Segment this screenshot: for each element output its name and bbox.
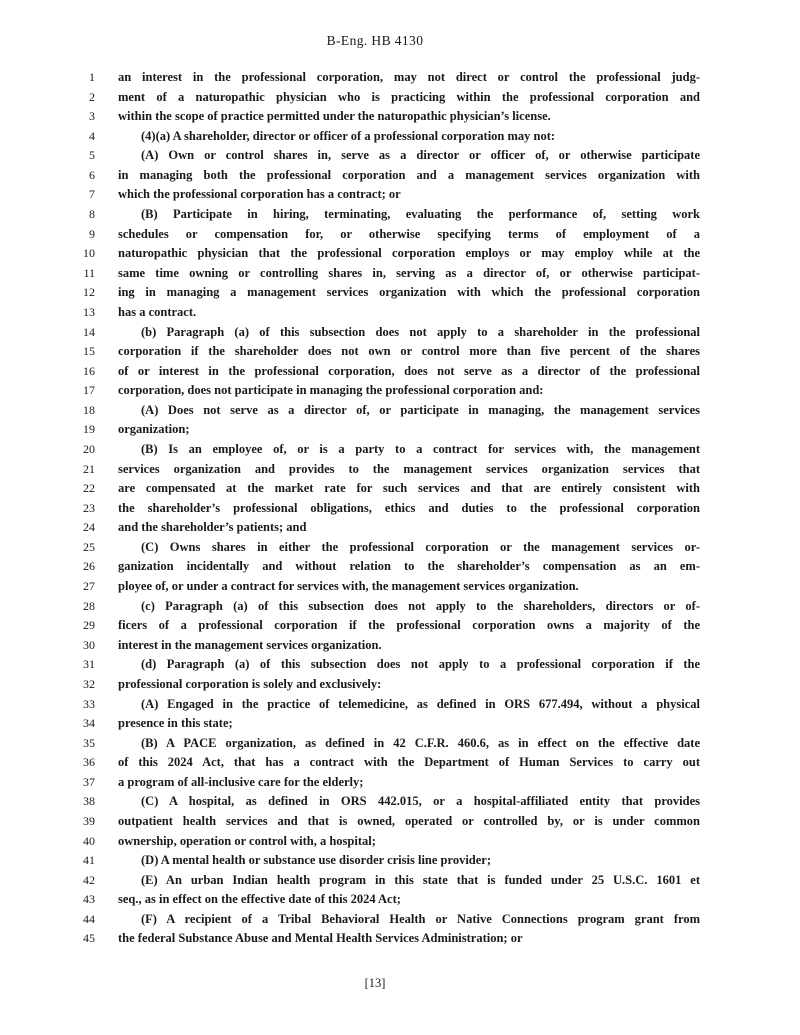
bill-line: 39 outpatient health services and that i… bbox=[0, 812, 800, 832]
line-text: schedules or compensation for, or otherw… bbox=[118, 225, 700, 245]
line-number: 45 bbox=[0, 929, 95, 949]
line-text: (B) A PACE organization, as defined in 4… bbox=[118, 734, 700, 754]
page-footer: [13] bbox=[0, 976, 750, 991]
line-number: 18 bbox=[0, 401, 95, 421]
line-number: 1 bbox=[0, 68, 95, 88]
line-text: has a contract. bbox=[118, 303, 700, 323]
line-number: 35 bbox=[0, 734, 95, 754]
line-number: 2 bbox=[0, 88, 95, 108]
bill-line: 8 (B) Participate in hiring, terminating… bbox=[0, 205, 800, 225]
bill-line: 21 services organization and provides to… bbox=[0, 460, 800, 480]
line-text: (C) Owns shares in either the profession… bbox=[118, 538, 700, 558]
bill-line: 10 naturopathic physician that the profe… bbox=[0, 244, 800, 264]
line-number: 17 bbox=[0, 381, 95, 401]
line-text: (A) Does not serve as a director of, or … bbox=[118, 401, 700, 421]
line-number: 8 bbox=[0, 205, 95, 225]
bill-line: 42 (E) An urban Indian health program in… bbox=[0, 871, 800, 891]
line-number: 44 bbox=[0, 910, 95, 930]
bill-line: 22 are compensated at the market rate fo… bbox=[0, 479, 800, 499]
line-number: 29 bbox=[0, 616, 95, 636]
bill-line: 17 corporation, does not participate in … bbox=[0, 381, 800, 401]
line-text: of this 2024 Act, that has a contract wi… bbox=[118, 753, 700, 773]
line-number: 7 bbox=[0, 185, 95, 205]
bill-line: 34 presence in this state; bbox=[0, 714, 800, 734]
line-number: 42 bbox=[0, 871, 95, 891]
bill-line: 41 (D) A mental health or substance use … bbox=[0, 851, 800, 871]
line-number: 24 bbox=[0, 518, 95, 538]
line-text: ownership, operation or control with, a … bbox=[118, 832, 700, 852]
line-number: 9 bbox=[0, 225, 95, 245]
bill-line: 6 in managing both the professional corp… bbox=[0, 166, 800, 186]
line-number: 13 bbox=[0, 303, 95, 323]
line-number: 31 bbox=[0, 655, 95, 675]
line-number: 30 bbox=[0, 636, 95, 656]
line-number: 27 bbox=[0, 577, 95, 597]
line-text: (C) A hospital, as defined in ORS 442.01… bbox=[118, 792, 700, 812]
bill-header: B-Eng. HB 4130 bbox=[0, 33, 750, 49]
line-text: corporation, does not participate in man… bbox=[118, 381, 700, 401]
bill-line: 45 the federal Substance Abuse and Menta… bbox=[0, 929, 800, 949]
line-number: 39 bbox=[0, 812, 95, 832]
bill-line: 14 (b) Paragraph (a) of this subsection … bbox=[0, 323, 800, 343]
bill-line: 12 ing in managing a management services… bbox=[0, 283, 800, 303]
line-number: 26 bbox=[0, 557, 95, 577]
bill-line: 16 of or interest in the professional co… bbox=[0, 362, 800, 382]
bill-line: 35 (B) A PACE organization, as defined i… bbox=[0, 734, 800, 754]
bill-line: 7 which the professional corporation has… bbox=[0, 185, 800, 205]
line-number: 11 bbox=[0, 264, 95, 284]
line-number: 16 bbox=[0, 362, 95, 382]
line-number: 38 bbox=[0, 792, 95, 812]
line-text: (d) Paragraph (a) of this subsection doe… bbox=[118, 655, 700, 675]
bill-line: 20 (B) Is an employee of, or is a party … bbox=[0, 440, 800, 460]
line-text: of or interest in the professional corpo… bbox=[118, 362, 700, 382]
line-number: 12 bbox=[0, 283, 95, 303]
line-text: (c) Paragraph (a) of this subsection doe… bbox=[118, 597, 700, 617]
line-number: 14 bbox=[0, 323, 95, 343]
line-text: ganization incidentally and without rela… bbox=[118, 557, 700, 577]
line-text: the federal Substance Abuse and Mental H… bbox=[118, 929, 700, 949]
bill-line: 29 ficers of a professional corporation … bbox=[0, 616, 800, 636]
line-text: naturopathic physician that the professi… bbox=[118, 244, 700, 264]
bill-line: 36 of this 2024 Act, that has a contract… bbox=[0, 753, 800, 773]
bill-line: 15 corporation if the shareholder does n… bbox=[0, 342, 800, 362]
line-text: (A) Engaged in the practice of telemedic… bbox=[118, 695, 700, 715]
line-text: in managing both the professional corpor… bbox=[118, 166, 700, 186]
bill-line: 32 professional corporation is solely an… bbox=[0, 675, 800, 695]
bill-line: 28 (c) Paragraph (a) of this subsection … bbox=[0, 597, 800, 617]
line-text: within the scope of practice permitted u… bbox=[118, 107, 700, 127]
bill-line: 40 ownership, operation or control with,… bbox=[0, 832, 800, 852]
bill-line: 1 an interest in the professional corpor… bbox=[0, 68, 800, 88]
line-number: 36 bbox=[0, 753, 95, 773]
line-text: (B) Is an employee of, or is a party to … bbox=[118, 440, 700, 460]
line-number: 40 bbox=[0, 832, 95, 852]
line-text: same time owning or controlling shares i… bbox=[118, 264, 700, 284]
line-number: 15 bbox=[0, 342, 95, 362]
page-number: [13] bbox=[365, 976, 386, 990]
line-text: (4)(a) A shareholder, director or office… bbox=[118, 127, 700, 147]
line-text: (D) A mental health or substance use dis… bbox=[118, 851, 700, 871]
line-number: 37 bbox=[0, 773, 95, 793]
bill-page: B-Eng. HB 4130 1 an interest in the prof… bbox=[0, 0, 800, 1035]
line-number: 33 bbox=[0, 695, 95, 715]
bill-line: 33 (A) Engaged in the practice of teleme… bbox=[0, 695, 800, 715]
line-text: which the professional corporation has a… bbox=[118, 185, 700, 205]
line-text: organization; bbox=[118, 420, 700, 440]
bill-line: 26 ganization incidentally and without r… bbox=[0, 557, 800, 577]
line-text: ployee of, or under a contract for servi… bbox=[118, 577, 700, 597]
line-text: (F) A recipient of a Tribal Behavioral H… bbox=[118, 910, 700, 930]
bill-line: 2 ment of a naturopathic physician who i… bbox=[0, 88, 800, 108]
line-text: outpatient health services and that is o… bbox=[118, 812, 700, 832]
bill-line: 38 (C) A hospital, as defined in ORS 442… bbox=[0, 792, 800, 812]
line-text: (B) Participate in hiring, terminating, … bbox=[118, 205, 700, 225]
line-number: 6 bbox=[0, 166, 95, 186]
line-text: an interest in the professional corporat… bbox=[118, 68, 700, 88]
bill-line: 3 within the scope of practice permitted… bbox=[0, 107, 800, 127]
bill-line: 31 (d) Paragraph (a) of this subsection … bbox=[0, 655, 800, 675]
line-text: presence in this state; bbox=[118, 714, 700, 734]
bill-line: 24 and the shareholder’s patients; and bbox=[0, 518, 800, 538]
line-text: professional corporation is solely and e… bbox=[118, 675, 700, 695]
line-number: 28 bbox=[0, 597, 95, 617]
line-text: (A) Own or control shares in, serve as a… bbox=[118, 146, 700, 166]
line-number: 21 bbox=[0, 460, 95, 480]
line-text: seq., as in effect on the effective date… bbox=[118, 890, 700, 910]
line-number: 10 bbox=[0, 244, 95, 264]
bill-line: 23 the shareholder’s professional obliga… bbox=[0, 499, 800, 519]
line-number: 19 bbox=[0, 420, 95, 440]
line-number: 3 bbox=[0, 107, 95, 127]
bill-line: 44 (F) A recipient of a Tribal Behaviora… bbox=[0, 910, 800, 930]
line-text: corporation if the shareholder does not … bbox=[118, 342, 700, 362]
bill-line: 19 organization; bbox=[0, 420, 800, 440]
line-text: (E) An urban Indian health program in th… bbox=[118, 871, 700, 891]
bill-line: 27 ployee of, or under a contract for se… bbox=[0, 577, 800, 597]
bill-title: B-Eng. HB 4130 bbox=[327, 33, 424, 48]
bill-line: 9 schedules or compensation for, or othe… bbox=[0, 225, 800, 245]
bill-line: 11 same time owning or controlling share… bbox=[0, 264, 800, 284]
bill-line: 37 a program of all-inclusive care for t… bbox=[0, 773, 800, 793]
line-text: ficers of a professional corporation if … bbox=[118, 616, 700, 636]
line-text: (b) Paragraph (a) of this subsection doe… bbox=[118, 323, 700, 343]
line-text: the shareholder’s professional obligatio… bbox=[118, 499, 700, 519]
line-text: ing in managing a management services or… bbox=[118, 283, 700, 303]
line-number: 20 bbox=[0, 440, 95, 460]
line-number: 25 bbox=[0, 538, 95, 558]
line-text: a program of all-inclusive care for the … bbox=[118, 773, 700, 793]
line-text: ment of a naturopathic physician who is … bbox=[118, 88, 700, 108]
line-number: 23 bbox=[0, 499, 95, 519]
bill-line: 13 has a contract. bbox=[0, 303, 800, 323]
line-number: 43 bbox=[0, 890, 95, 910]
bill-body: 1 an interest in the professional corpor… bbox=[0, 68, 800, 949]
line-number: 41 bbox=[0, 851, 95, 871]
line-text: interest in the management services orga… bbox=[118, 636, 700, 656]
line-text: services organization and provides to th… bbox=[118, 460, 700, 480]
bill-line: 25 (C) Owns shares in either the profess… bbox=[0, 538, 800, 558]
bill-line: 18 (A) Does not serve as a director of, … bbox=[0, 401, 800, 421]
line-text: and the shareholder’s patients; and bbox=[118, 518, 700, 538]
line-text: are compensated at the market rate for s… bbox=[118, 479, 700, 499]
line-number: 34 bbox=[0, 714, 95, 734]
line-number: 5 bbox=[0, 146, 95, 166]
line-number: 22 bbox=[0, 479, 95, 499]
bill-line: 5 (A) Own or control shares in, serve as… bbox=[0, 146, 800, 166]
bill-line: 30 interest in the management services o… bbox=[0, 636, 800, 656]
line-number: 32 bbox=[0, 675, 95, 695]
bill-line: 43 seq., as in effect on the effective d… bbox=[0, 890, 800, 910]
line-number: 4 bbox=[0, 127, 95, 147]
bill-line: 4 (4)(a) A shareholder, director or offi… bbox=[0, 127, 800, 147]
